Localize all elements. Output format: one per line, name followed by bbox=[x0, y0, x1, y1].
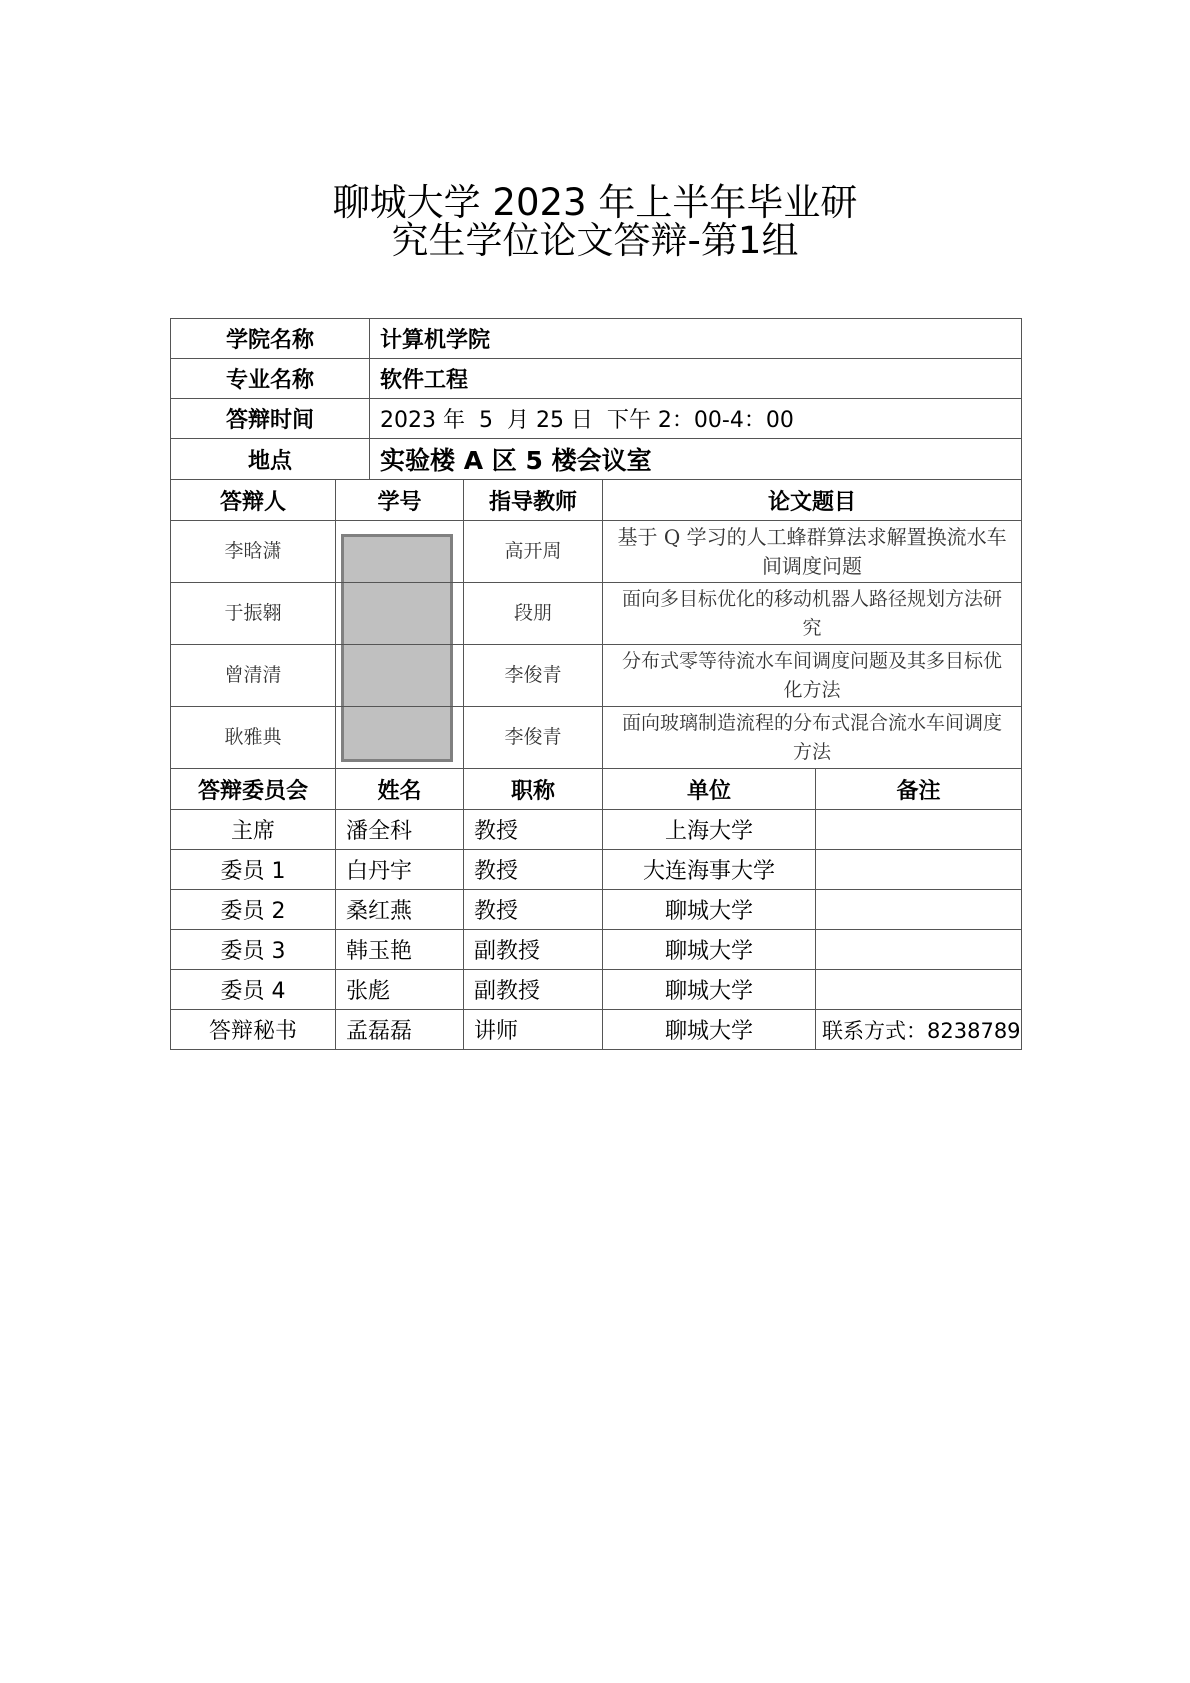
major-label: 专业名称 bbox=[171, 359, 370, 399]
info-row-major: 专业名称 软件工程 bbox=[171, 359, 1022, 399]
header-title: 职称 bbox=[464, 769, 603, 810]
student-row: 李晗潇 高开周 基于 Q 学习的人工蜂群算法求解置换流水车间调度问题 bbox=[171, 521, 1022, 583]
student-id bbox=[336, 521, 464, 583]
document-title: 聊城大学 2023 年上半年毕业研 究生学位论文答辩-第1组 bbox=[0, 184, 1190, 260]
student-name: 曾清清 bbox=[171, 645, 336, 707]
place-label: 地点 bbox=[171, 439, 370, 480]
committee-unit: 上海大学 bbox=[603, 810, 816, 850]
committee-title: 副教授 bbox=[464, 970, 603, 1010]
student-id bbox=[336, 645, 464, 707]
committee-header-row: 答辩委员会 姓名 职称 单位 备注 bbox=[171, 769, 1022, 810]
committee-role: 主席 bbox=[171, 810, 336, 850]
committee-role: 委员 1 bbox=[171, 850, 336, 890]
committee-unit: 聊城大学 bbox=[603, 890, 816, 930]
college-label: 学院名称 bbox=[171, 319, 370, 359]
student-row: 曾清清 李俊青 分布式零等待流水车间调度问题及其多目标优化方法 bbox=[171, 645, 1022, 707]
student-advisor: 段朋 bbox=[464, 583, 603, 645]
title-line-1: 聊城大学 2023 年上半年毕业研 bbox=[0, 184, 1190, 222]
header-student-id: 学号 bbox=[336, 480, 464, 521]
committee-role: 答辩秘书 bbox=[171, 1010, 336, 1050]
committee-note bbox=[816, 850, 1022, 890]
place-value: 实验楼 A 区 5 楼会议室 bbox=[370, 439, 1022, 480]
committee-unit: 大连海事大学 bbox=[603, 850, 816, 890]
committee-name: 孟磊磊 bbox=[336, 1010, 464, 1050]
info-row-time: 答辩时间 2023 年 5 月 25 日 下午 2：00-4：00 bbox=[171, 399, 1022, 439]
committee-unit: 聊城大学 bbox=[603, 970, 816, 1010]
committee-role: 委员 2 bbox=[171, 890, 336, 930]
committee-note bbox=[816, 970, 1022, 1010]
time-value: 2023 年 5 月 25 日 下午 2：00-4：00 bbox=[370, 399, 1022, 439]
committee-name: 桑红燕 bbox=[336, 890, 464, 930]
committee-name: 白丹宇 bbox=[336, 850, 464, 890]
committee-note bbox=[816, 810, 1022, 850]
student-advisor: 李俊青 bbox=[464, 645, 603, 707]
header-advisor: 指导教师 bbox=[464, 480, 603, 521]
committee-row: 主席 潘全科 教授 上海大学 bbox=[171, 810, 1022, 850]
major-value: 软件工程 bbox=[370, 359, 1022, 399]
time-label: 答辩时间 bbox=[171, 399, 370, 439]
student-advisor: 李俊青 bbox=[464, 707, 603, 769]
committee-note bbox=[816, 890, 1022, 930]
student-row: 耿雅典 李俊青 面向玻璃制造流程的分布式混合流水车间调度方法 bbox=[171, 707, 1022, 769]
committee-row: 委员 1 白丹宇 教授 大连海事大学 bbox=[171, 850, 1022, 890]
committee-row: 委员 3 韩玉艳 副教授 聊城大学 bbox=[171, 930, 1022, 970]
header-note: 备注 bbox=[816, 769, 1022, 810]
committee-name: 潘全科 bbox=[336, 810, 464, 850]
committee-title: 副教授 bbox=[464, 930, 603, 970]
committee-title: 教授 bbox=[464, 850, 603, 890]
info-row-college: 学院名称 计算机学院 bbox=[171, 319, 1022, 359]
header-name: 姓名 bbox=[336, 769, 464, 810]
student-id bbox=[336, 707, 464, 769]
info-row-place: 地点 实验楼 A 区 5 楼会议室 bbox=[171, 439, 1022, 480]
student-thesis: 面向多目标优化的移动机器人路径规划方法研究 bbox=[603, 583, 1022, 645]
committee-role: 委员 4 bbox=[171, 970, 336, 1010]
student-id bbox=[336, 583, 464, 645]
student-advisor: 高开周 bbox=[464, 521, 603, 583]
student-thesis: 分布式零等待流水车间调度问题及其多目标优化方法 bbox=[603, 645, 1022, 707]
header-unit: 单位 bbox=[603, 769, 816, 810]
committee-row-secretary: 答辩秘书 孟磊磊 讲师 聊城大学 联系方式：8238789 bbox=[171, 1010, 1022, 1050]
committee-name: 韩玉艳 bbox=[336, 930, 464, 970]
committee-unit: 聊城大学 bbox=[603, 1010, 816, 1050]
committee-title: 讲师 bbox=[464, 1010, 603, 1050]
header-thesis-title: 论文题目 bbox=[603, 480, 1022, 521]
student-name: 于振翱 bbox=[171, 583, 336, 645]
committee-name: 张彪 bbox=[336, 970, 464, 1010]
committee-title: 教授 bbox=[464, 810, 603, 850]
student-name: 李晗潇 bbox=[171, 521, 336, 583]
student-name: 耿雅典 bbox=[171, 707, 336, 769]
college-value: 计算机学院 bbox=[370, 319, 1022, 359]
committee-role: 委员 3 bbox=[171, 930, 336, 970]
committee-unit: 聊城大学 bbox=[603, 930, 816, 970]
title-line-2: 究生学位论文答辩-第1组 bbox=[0, 222, 1190, 260]
defense-schedule-table: 学院名称 计算机学院 专业名称 软件工程 答辩时间 2023 年 5 月 25 … bbox=[170, 318, 1022, 1050]
header-committee: 答辩委员会 bbox=[171, 769, 336, 810]
student-thesis: 基于 Q 学习的人工蜂群算法求解置换流水车间调度问题 bbox=[603, 521, 1022, 583]
committee-title: 教授 bbox=[464, 890, 603, 930]
student-row: 于振翱 段朋 面向多目标优化的移动机器人路径规划方法研究 bbox=[171, 583, 1022, 645]
committee-note-contact: 联系方式：8238789 bbox=[816, 1010, 1022, 1050]
committee-note bbox=[816, 930, 1022, 970]
committee-row: 委员 2 桑红燕 教授 聊城大学 bbox=[171, 890, 1022, 930]
student-thesis: 面向玻璃制造流程的分布式混合流水车间调度方法 bbox=[603, 707, 1022, 769]
students-header-row: 答辩人 学号 指导教师 论文题目 bbox=[171, 480, 1022, 521]
header-defender: 答辩人 bbox=[171, 480, 336, 521]
committee-row: 委员 4 张彪 副教授 聊城大学 bbox=[171, 970, 1022, 1010]
